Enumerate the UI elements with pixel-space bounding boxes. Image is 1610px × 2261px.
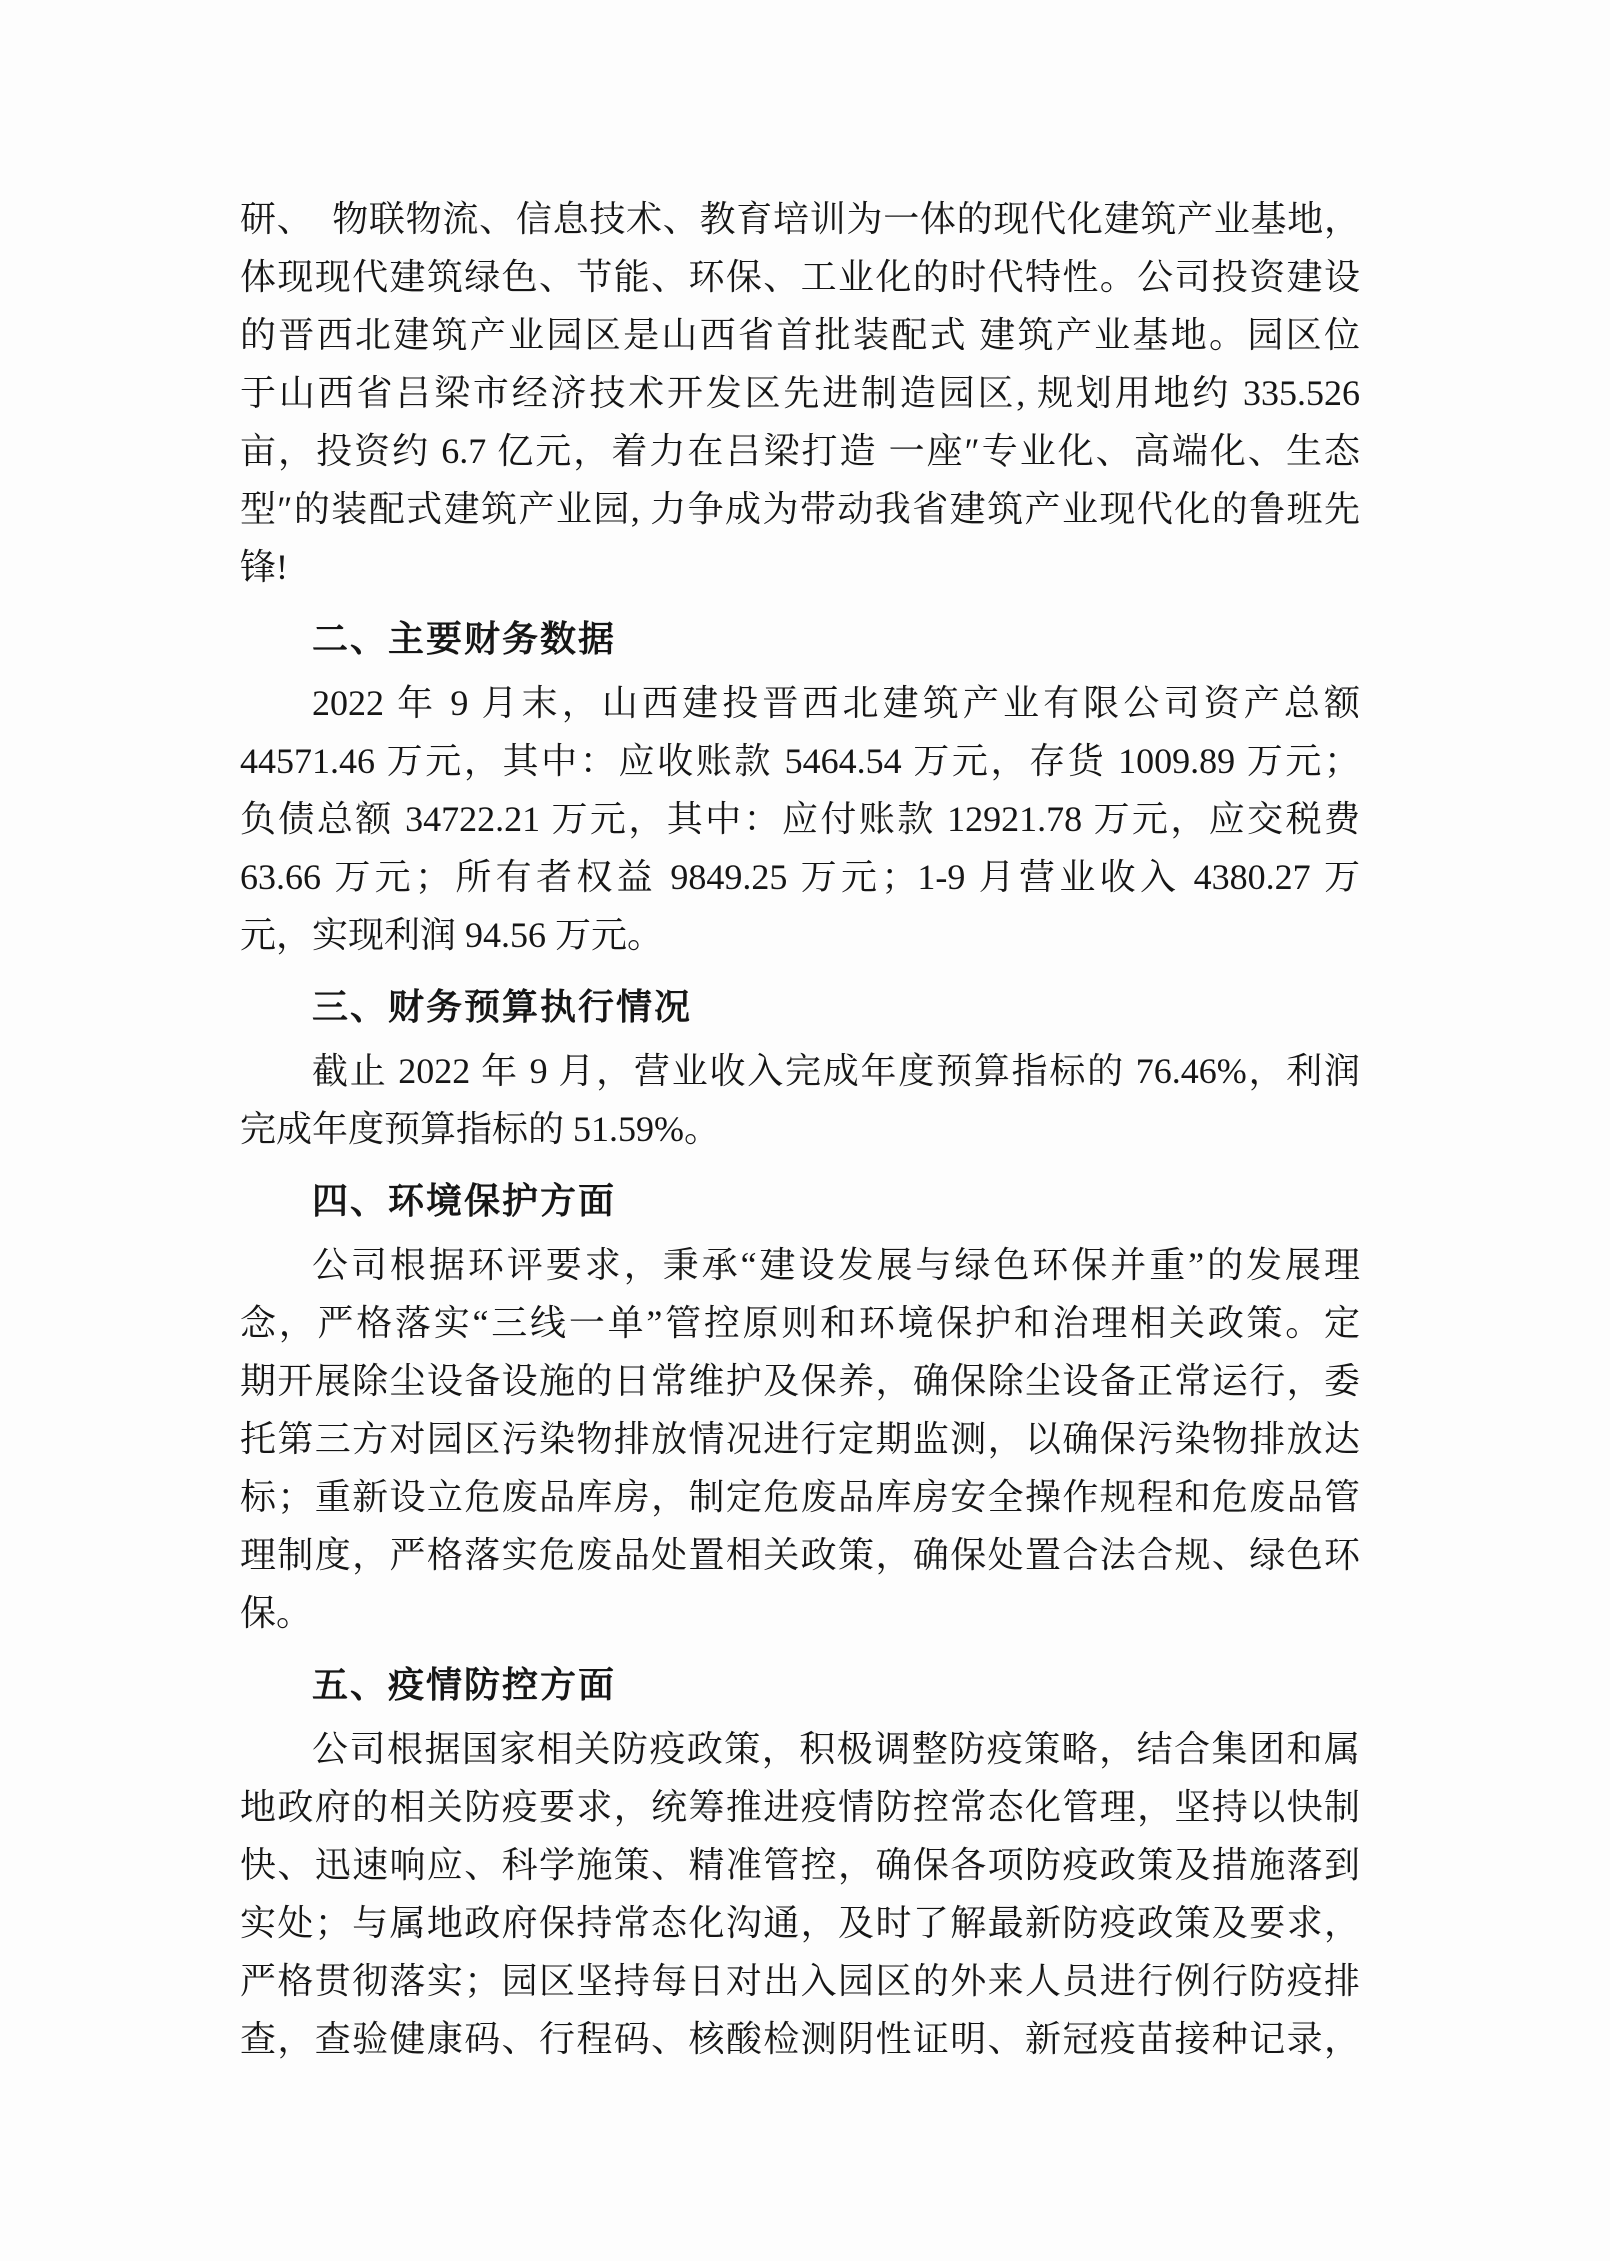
text-line: 标；重新设立危废品库房，制定危废品库房安全操作规程和危废品管 — [240, 1468, 1360, 1526]
document-page: 研、 物联物流、信息技术、教育培训为一体的现代化建筑产业基地，体现现代建筑绿色、… — [0, 0, 1610, 2261]
paragraph: 2022 年 9 月末，山西建投晋西北建筑产业有限公司资产总额44571.46 … — [240, 674, 1360, 964]
text-line: 于山西省吕梁市经济技术开发区先进制造园区, 规划用地约 335.526 — [240, 364, 1360, 422]
paragraph: 截止 2022 年 9 月，营业收入完成年度预算指标的 76.46%，利润完成年… — [240, 1042, 1360, 1158]
text-line: 托第三方对园区污染物排放情况进行定期监测，以确保污染物排放达 — [240, 1410, 1360, 1468]
text-line: 实处；与属地政府保持常态化沟通，及时了解最新防疫政策及要求， — [240, 1894, 1360, 1952]
text-line: 2022 年 9 月末，山西建投晋西北建筑产业有限公司资产总额 — [240, 674, 1360, 732]
text-line: 公司根据环评要求，秉承“建设发展与绿色环保并重”的发展理 — [240, 1236, 1360, 1294]
paragraph: 研、 物联物流、信息技术、教育培训为一体的现代化建筑产业基地，体现现代建筑绿色、… — [240, 190, 1360, 596]
text-line: 理制度，严格落实危废品处置相关政策，确保处置合法合规、绿色环 — [240, 1526, 1360, 1584]
text-line: 亩，投资约 6.7 亿元，着力在吕梁打造 一座″专业化、高端化、生态 — [240, 422, 1360, 480]
text-line: 严格贯彻落实；园区坚持每日对出入园区的外来人员进行例行防疫排 — [240, 1952, 1360, 2010]
text-line: 地政府的相关防疫要求，统筹推进疫情防控常态化管理，坚持以快制 — [240, 1778, 1360, 1836]
text-line: 截止 2022 年 9 月，营业收入完成年度预算指标的 76.46%，利润 — [240, 1042, 1360, 1100]
text-line: 型″的装配式建筑产业园, 力争成为带动我省建筑产业现代化的鲁班先 — [240, 480, 1360, 538]
paragraph: 公司根据环评要求，秉承“建设发展与绿色环保并重”的发展理念，严格落实“三线一单”… — [240, 1236, 1360, 1642]
section-heading: 三、财务预算执行情况 — [240, 978, 1360, 1036]
text-line: 负债总额 34722.21 万元，其中：应付账款 12921.78 万元，应交税… — [240, 790, 1360, 848]
text-line: 锋! — [240, 538, 1360, 596]
text-line: 期开展除尘设备设施的日常维护及保养，确保除尘设备正常运行，委 — [240, 1352, 1360, 1410]
text-line: 体现现代建筑绿色、节能、环保、工业化的时代特性。公司投资建设 — [240, 248, 1360, 306]
text-line: 63.66 万元；所有者权益 9849.25 万元；1-9 月营业收入 4380… — [240, 848, 1360, 906]
paragraph: 公司根据国家相关防疫政策，积极调整防疫策略，结合集团和属地政府的相关防疫要求，统… — [240, 1720, 1360, 2068]
section-heading: 四、环境保护方面 — [240, 1172, 1360, 1230]
text-line: 完成年度预算指标的 51.59%。 — [240, 1100, 1360, 1158]
text-line: 保。 — [240, 1584, 1360, 1642]
text-line: 的晋西北建筑产业园区是山西省首批装配式 建筑产业基地。园区位 — [240, 306, 1360, 364]
text-line: 快、迅速响应、科学施策、精准管控，确保各项防疫政策及措施落到 — [240, 1836, 1360, 1894]
text-line: 研、 物联物流、信息技术、教育培训为一体的现代化建筑产业基地， — [240, 190, 1360, 248]
text-line: 44571.46 万元，其中：应收账款 5464.54 万元，存货 1009.8… — [240, 732, 1360, 790]
section-heading: 五、疫情防控方面 — [240, 1656, 1360, 1714]
text-line: 元，实现利润 94.56 万元。 — [240, 906, 1360, 964]
section-heading: 二、主要财务数据 — [240, 610, 1360, 668]
text-line: 念，严格落实“三线一单”管控原则和环境保护和治理相关政策。定 — [240, 1294, 1360, 1352]
text-line: 查，查验健康码、行程码、核酸检测阴性证明、新冠疫苗接种记录， — [240, 2010, 1360, 2068]
text-line: 公司根据国家相关防疫政策，积极调整防疫策略，结合集团和属 — [240, 1720, 1360, 1778]
